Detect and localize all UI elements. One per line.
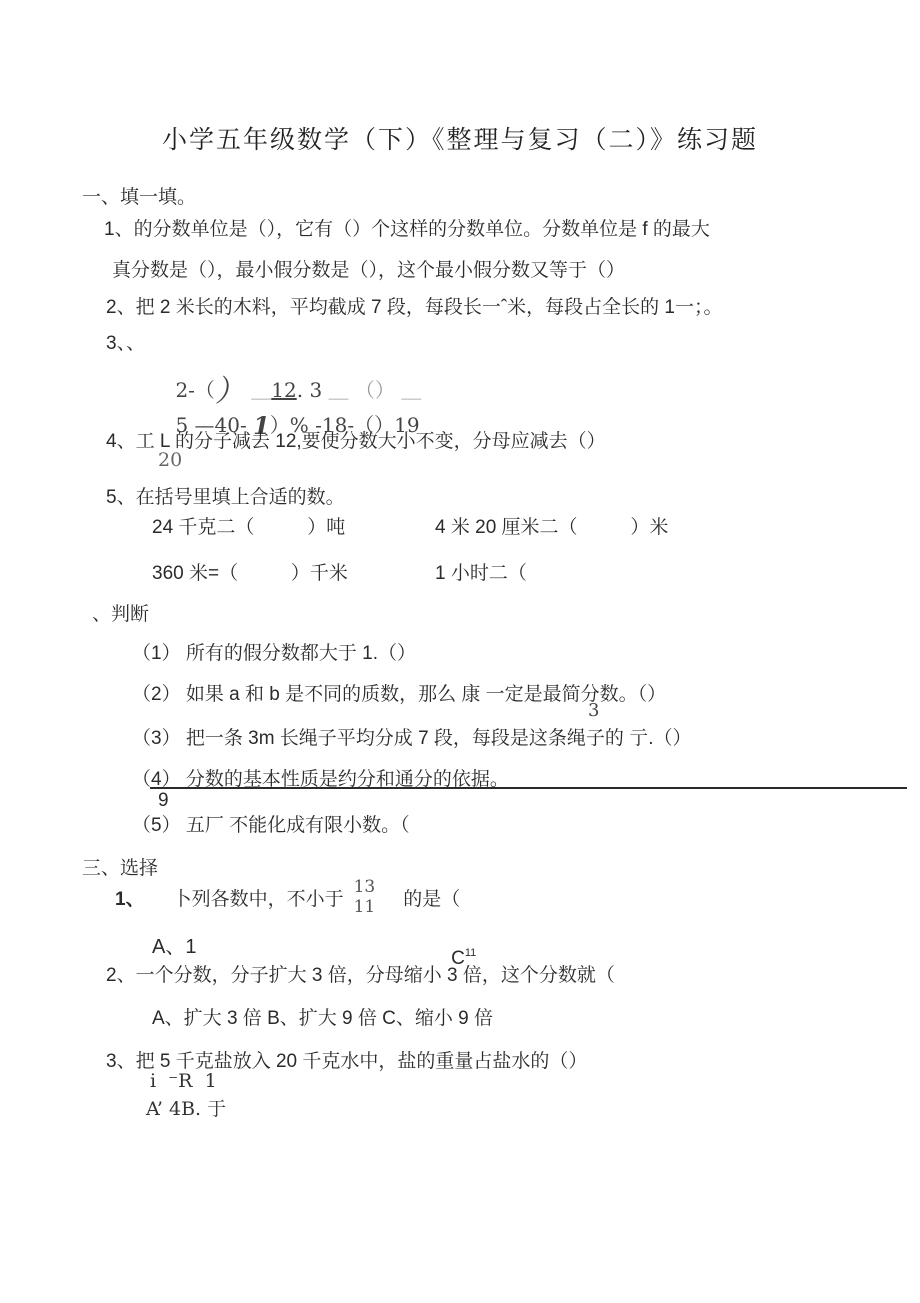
fill-q4-denominator: 20 <box>158 449 182 471</box>
choice-q1-fraction-denominator: 11 <box>354 898 376 918</box>
judge-item-1: （1） 所有的假分数都大于 1.（） <box>132 638 416 665</box>
fill-q5: 5、在括号里填上合适的数。 <box>106 482 345 509</box>
judge-item-5: （5） 五厂 不能化成有限小数。（ <box>132 810 410 837</box>
section1-heading: 一、填一填。 <box>82 182 196 209</box>
fill-q3-label: 3、、 <box>106 328 145 355</box>
choice-q1-fraction-numerator: 13 <box>354 878 376 898</box>
fill-q2: 2、把 2 米长的木料，平均截成 7 段，每段长一ˆ米，每段占全长的 1一；。 <box>106 292 723 319</box>
judge-item-5-numerator: 9 <box>158 790 169 812</box>
page-title: 小学五年级数学（下）《整理与复习（二）》练习题 <box>0 120 920 156</box>
choice-q1-number: 1、 <box>115 884 145 911</box>
choice-q1-option-a: A、1 <box>152 930 196 959</box>
fill-q1-line2: 真分数是（），最小假分数是（），这个最小假分数又等于（） <box>112 255 625 282</box>
choice-q3-fragment-2: A’ 4B. 于 <box>146 1094 226 1121</box>
choice-q1-fraction: 13 11 <box>354 878 376 917</box>
judge-item-3: （3） 把一条 3m 长绳子平均分成 7 段，每段是这条绳子的 亍.（） <box>132 723 691 750</box>
choice-q2: 2、一个分数，分子扩大 3 倍，分母缩小 3 倍，这个分数就（ <box>106 960 615 987</box>
choice-q2-options: A、扩大 3 倍 B、扩大 9 倍 C、缩小 9 倍 <box>152 1003 493 1030</box>
choice-q3: 3、把 5 千克盐放入 20 千克水中，盐的重量占盐水的（） <box>106 1046 587 1073</box>
fill-q5-unit-r1c2: 4 米 20 厘米二（ ）米 <box>435 512 668 539</box>
fill-q1-line1: 1、的分数单位是（），它有（）个这样的分数单位。分数单位是 f 的最大 <box>104 214 710 241</box>
fraction-rule-line <box>150 787 907 789</box>
judge-item-2: （2） 如果 a 和 b 是不同的质数，那么 康 一定是最简分数。（） <box>132 679 666 706</box>
choice-q1-option-c-superscript: 11 <box>465 947 476 959</box>
fill-q5-unit-r2c2: 1 小时二（ <box>435 558 527 585</box>
judge-item-3-numerator: 3 <box>588 700 599 721</box>
fill-q5-unit-r2c1: 360 米=（ ）千米 <box>152 558 348 585</box>
choice-q3-fragment-1: i ⁻R 1 <box>150 1070 217 1092</box>
section3-heading: 三、选择 <box>82 853 158 880</box>
choice-q1-text-before: 卜列各数中，不小于 <box>173 884 344 911</box>
section2-heading: 、判断 <box>92 599 149 626</box>
fill-q5-unit-r1c1: 24 千克二（ ）吨 <box>152 512 345 539</box>
worksheet-page: 小学五年级数学（下）《整理与复习（二）》练习题 一、填一填。 1、的分数单位是（… <box>0 0 920 1303</box>
choice-q1-row: 1、 卜列各数中，不小于 13 11 的是（ <box>115 878 460 917</box>
choice-q1-text-after: 的是（ <box>403 884 460 911</box>
